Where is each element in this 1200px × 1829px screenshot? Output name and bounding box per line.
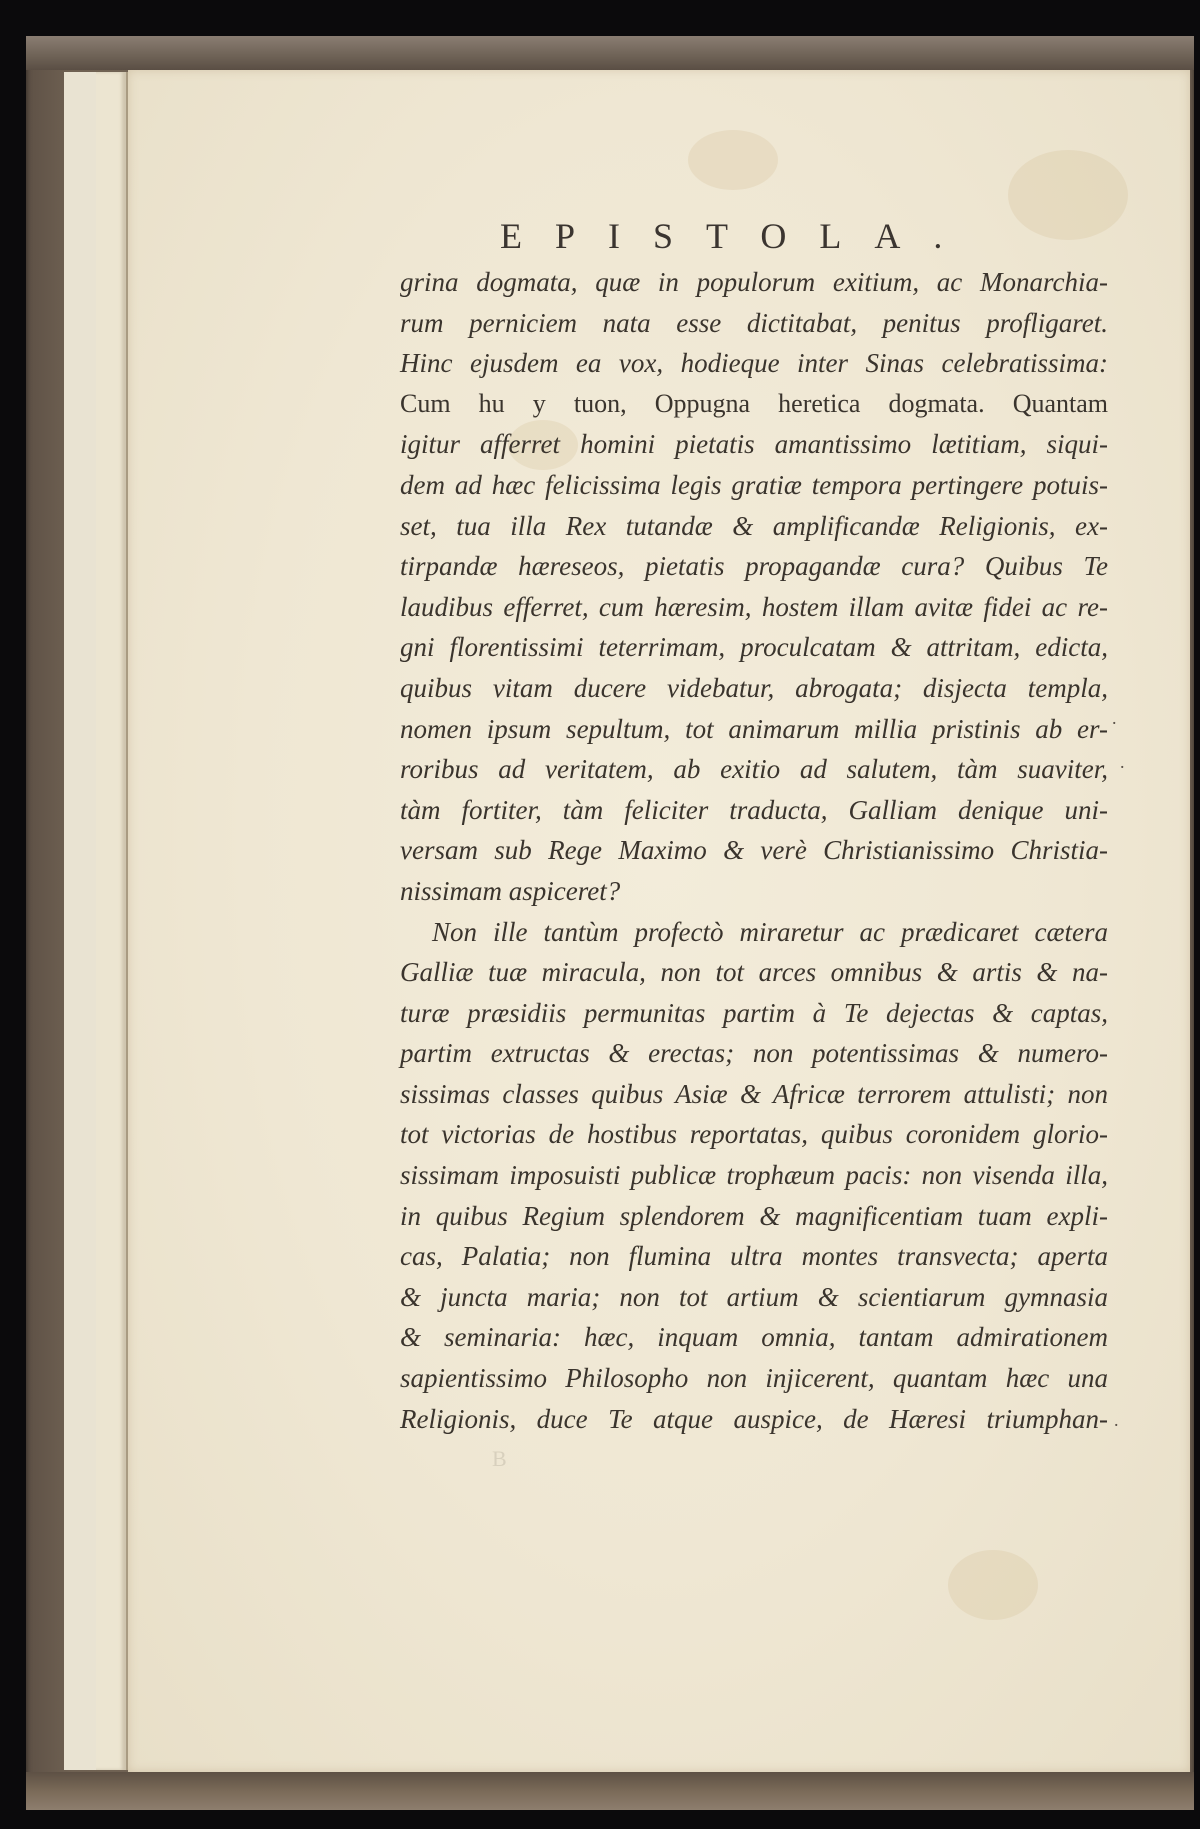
- text-line-paragraph-end: nissimam aspiceret?: [400, 871, 1108, 912]
- text-line: tàm fortiter, tàm feliciter traducta, Ga…: [400, 790, 1108, 831]
- text-line: turæ præsidiis permunitas partim à Te de…: [400, 993, 1108, 1034]
- page-heading: EPISTOLA.: [500, 216, 980, 256]
- text-line: Hinc ejusdem ea vox, hodieque inter Sina…: [400, 343, 1108, 384]
- text-line: & juncta maria; non tot artium & scienti…: [400, 1277, 1108, 1318]
- text-line: gni florentissimi teterrimam, proculcata…: [400, 627, 1108, 668]
- margin-mark: .: [1112, 708, 1117, 729]
- text-line: grina dogmata, quæ in populorum exitium,…: [400, 262, 1108, 303]
- cover-bottom-edge: [26, 1772, 1194, 1810]
- text-line: rum perniciem nata esse dictitabat, peni…: [400, 303, 1108, 344]
- text-line: tot victorias de hostibus reportatas, qu…: [400, 1114, 1108, 1155]
- text-line: sissimam imposuisti publicæ trophæum pac…: [400, 1155, 1108, 1196]
- text-line: tirpandæ hæreseos, pietatis propagandæ c…: [400, 546, 1108, 587]
- text-line-paragraph-start: Non ille tantùm profectò miraretur ac pr…: [400, 912, 1108, 953]
- text-line: quibus vitam ducere videbatur, abrogata;…: [400, 668, 1108, 709]
- foxing-stain: [1008, 150, 1128, 240]
- body-text: grina dogmata, quæ in populorum exitium,…: [400, 262, 1108, 1439]
- text-line: cas, Palatia; non flumina ultra montes t…: [400, 1236, 1108, 1277]
- text-line: laudibus efferret, cum hæresim, hostem i…: [400, 587, 1108, 628]
- text-line: dem ad hæc felicissima legis gratiæ temp…: [400, 465, 1108, 506]
- margin-mark: .: [1114, 1410, 1119, 1431]
- text-line-roman: Cum hu y tuon, Oppugna heretica dogmata.…: [400, 384, 1108, 425]
- text-line: & seminaria: hæc, inquam omnia, tantam a…: [400, 1317, 1108, 1358]
- text-line: sapientissimo Philosopho non injicerent,…: [400, 1358, 1108, 1399]
- foxing-stain: [948, 1550, 1038, 1620]
- flyleaf-outer: [64, 72, 99, 1770]
- margin-mark: .: [1120, 752, 1125, 773]
- text-line: sissimas classes quibus Asiæ & Africæ te…: [400, 1074, 1108, 1115]
- text-line: Galliæ tuæ miracula, non tot arces omnib…: [400, 952, 1108, 993]
- foxing-stain: [688, 130, 778, 190]
- text-line: roribus ad veritatem, ab exitio ad salut…: [400, 749, 1108, 790]
- text-line: nomen ipsum sepultum, tot animarum milli…: [400, 709, 1108, 750]
- show-through-letter: B: [492, 1446, 507, 1472]
- text-line: igitur afferret homini pietatis amantiss…: [400, 424, 1108, 465]
- text-line: set, tua illa Rex tutandæ & amplificandæ…: [400, 506, 1108, 547]
- flyleaf-inner: [96, 72, 128, 1770]
- text-line: in quibus Regium splendorem & magnificen…: [400, 1196, 1108, 1237]
- text-line: versam sub Rege Maximo & verè Christiani…: [400, 830, 1108, 871]
- text-line: partim extructas & erectas; non potentis…: [400, 1033, 1108, 1074]
- text-line: Religionis, duce Te atque auspice, de Hæ…: [400, 1399, 1108, 1440]
- cover-top-edge: [26, 36, 1194, 70]
